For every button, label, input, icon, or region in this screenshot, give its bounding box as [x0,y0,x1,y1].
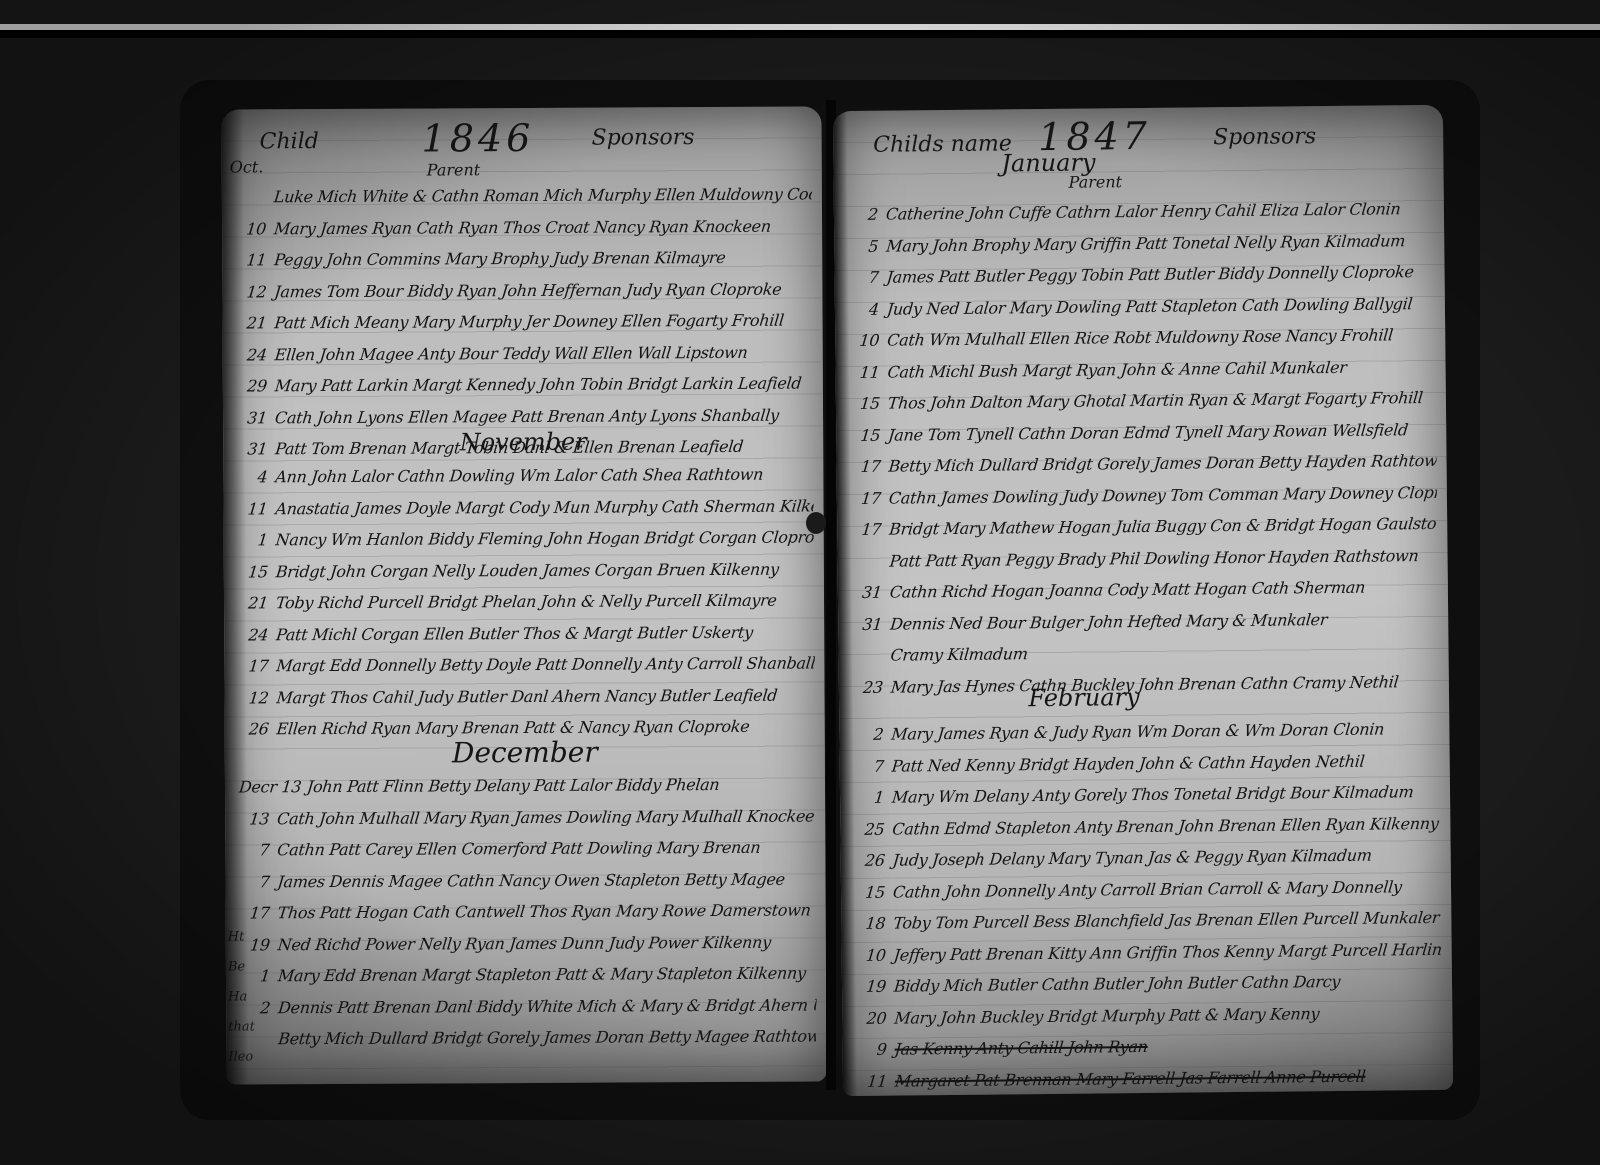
margin-note: Ha [228,989,247,1004]
struck-register-entry: 11Margaret Pat Brennan Mary Farrell Jas … [856,1059,1445,1096]
register-entry: 7Cathn Patt Carey Ellen Comerford Patt D… [238,831,817,866]
register-entry: 29Mary Patt Larkin Margt Kennedy John To… [235,367,814,402]
margin-note: Ileo [228,1049,253,1064]
register-entry: 21Patt Mich Meany Mary Murphy Jer Downey… [235,304,814,339]
register-entry: 2Dennis Patt Brenan Danl Biddy White Mic… [239,989,818,1024]
ink-blot [806,512,826,534]
register-entry: 21Toby Richd Purcell Bridgt Phelan John … [236,584,815,619]
column-header-sponsors: Sponsors [592,125,695,151]
register-entry: 13Cath John Mulhall Mary Ryan James Dowl… [238,800,817,835]
october-entries: Luke Mich White & Cathn Roman Mich Murph… [236,178,813,465]
top-bar [0,0,1600,24]
register-entry: 11Anastatia James Doyle Margt Cody Mun M… [236,490,815,525]
december-entries: Decr 13John Patt Flinn Betty Delany Patt… [239,768,816,1055]
month-margin-label: Oct. [230,157,264,176]
margin-note: that [228,1019,255,1034]
register-entry: 1Mary Edd Brenan Margt Stapleton Patt & … [238,957,817,992]
page-year: 1846 [421,116,534,161]
left-page-1846: Oct. Child 1846 Parent Sponsors Luke Mic… [221,106,826,1084]
january-entries: 2Catherine John Cuffe Cathrn Lalor Henry… [848,193,1439,703]
right-page-1847: Childs name 1847 Sponsors January Parent… [833,105,1453,1096]
month-heading-february: February [833,680,1389,714]
november-entries: 4Ann John Lalor Cathn Dowling Wm Lalor C… [237,458,814,745]
register-entry: 19Ned Richd Power Nelly Ryan James Dunn … [238,926,817,961]
column-header-parents: Parent [427,160,481,179]
register-entry: Betty Mich Dullard Bridgt Gorely James D… [239,1020,818,1055]
margin-note: Ht [228,929,245,944]
top-black-band [0,30,1600,38]
register-entry: 1Nancy Wm Hanlon Biddy Fleming John Hoga… [236,521,815,556]
month-heading-december: December [225,734,825,770]
register-entry: 7James Dennis Magee Cathn Nancy Owen Sta… [238,863,817,898]
register-entry: 12Margt Thos Cahil Judy Butler Danl Aher… [237,679,816,714]
register-entry: Decr 13John Patt Flinn Betty Delany Patt… [237,768,816,803]
column-header-child: Child [260,129,319,154]
register-entry: Luke Mich White & Cathn Roman Mich Murph… [234,178,813,213]
register-entry: 11Peggy John Commins Mary Brophy Judy Br… [235,241,814,276]
register-entry: 17Thos Patt Hogan Cath Cantwell Thos Rya… [238,894,817,929]
register-entry: 17Margt Edd Donnelly Betty Doyle Patt Do… [237,647,816,682]
february-entries: 2Mary James Ryan & Judy Ryan Wm Doran & … [853,713,1443,1096]
month-heading-november: November [223,426,823,457]
register-entry: 15Bridgt John Corgan Nelly Louden James … [236,553,815,588]
register-entry: 4Ann John Lalor Cathn Dowling Wm Lalor C… [236,458,815,493]
register-entry: 24Patt Michl Corgan Ellen Butler Thos & … [237,616,816,651]
column-header-parents: Parent [1069,172,1123,192]
register-entry: 10Mary James Ryan Cath Ryan Thos Croat N… [235,210,814,245]
register-entry: 24Ellen John Magee Anty Bour Teddy Wall … [235,336,814,371]
margin-note: Be [228,959,245,974]
register-entry: 12James Tom Bour Biddy Ryan John Heffern… [235,273,814,308]
